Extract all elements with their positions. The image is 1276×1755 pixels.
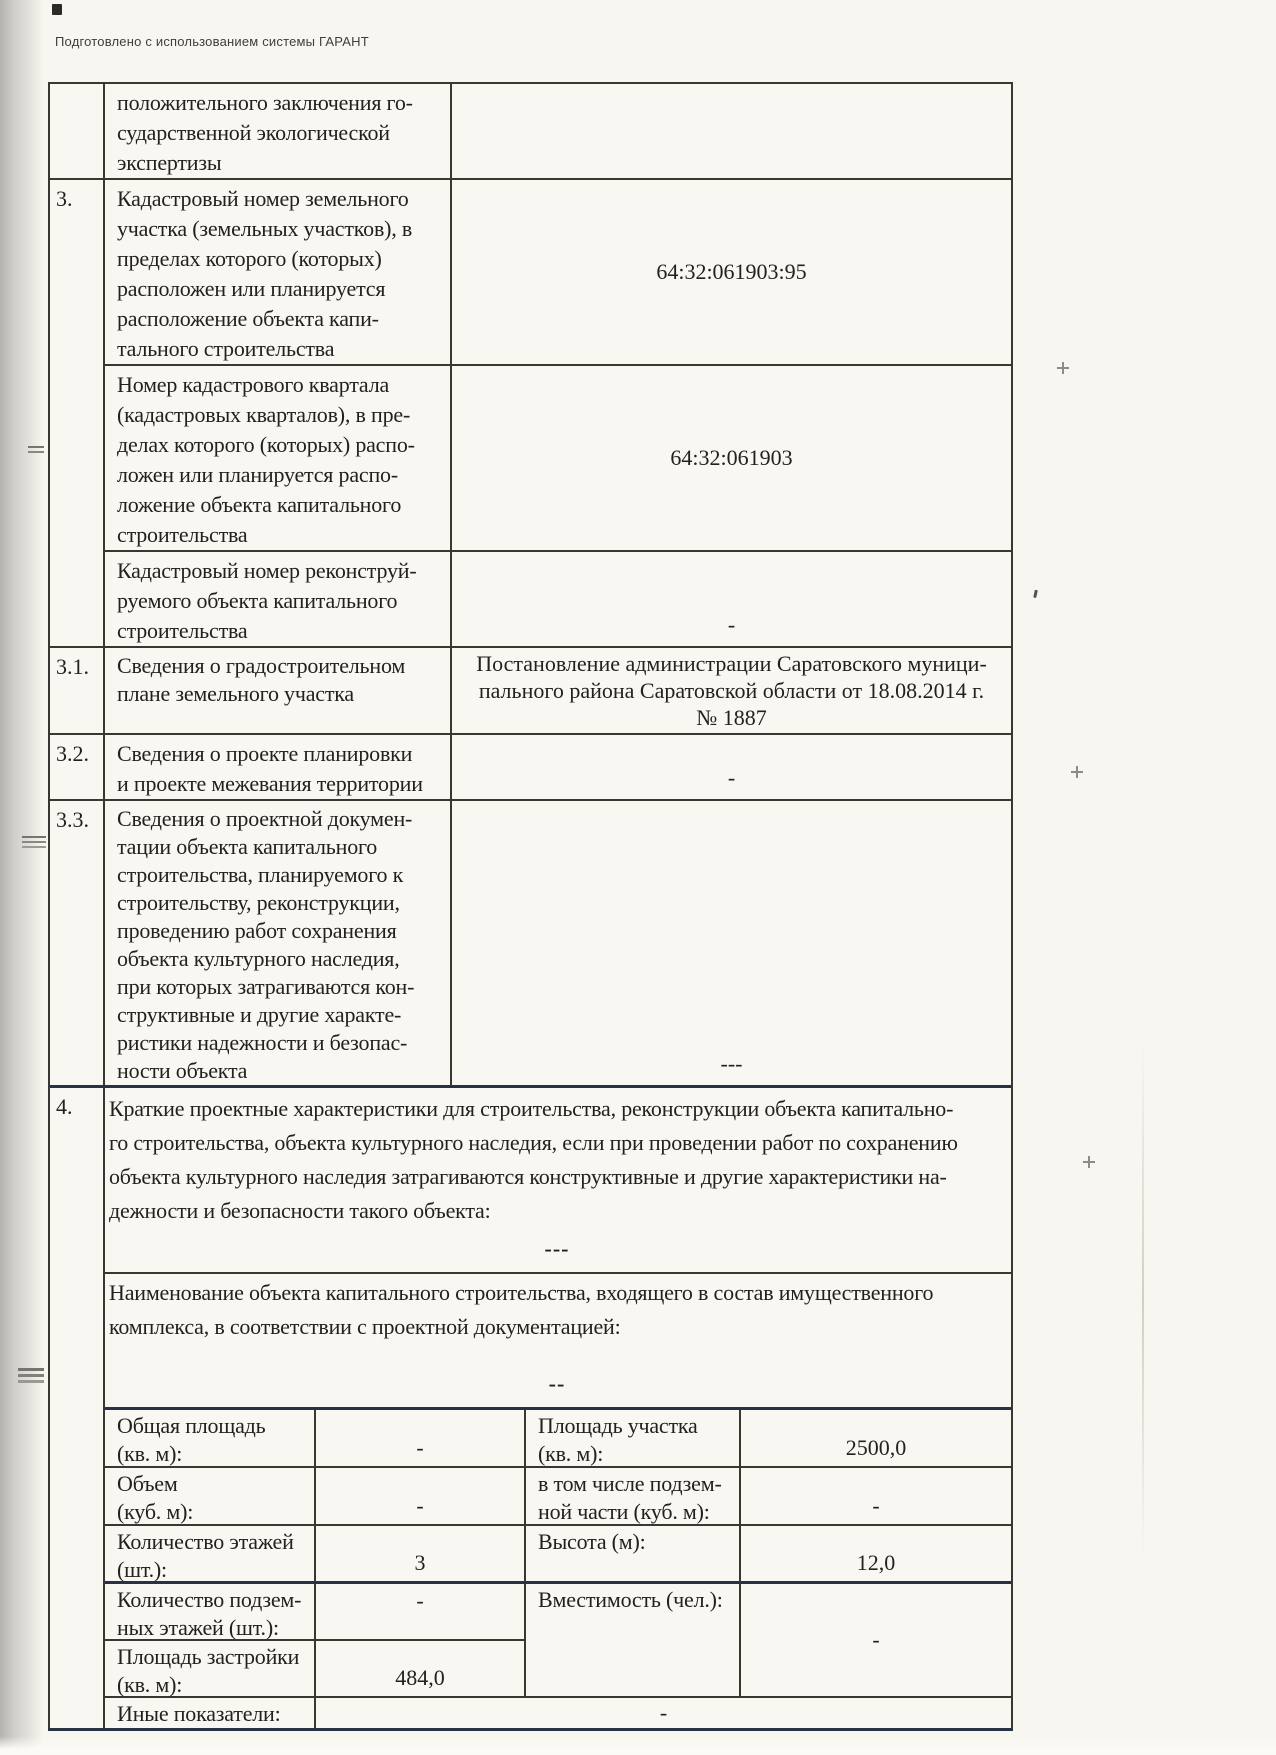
metric-value-underground-volume: - [741,1468,1011,1526]
table-row-3-1: 3.1. Сведения о градостроительном плане … [50,648,1011,735]
row-number: 3.1. [50,648,105,733]
metric-value-footprint-area: 484,0 [316,1641,526,1698]
scan-artifact [18,1368,44,1371]
row-label: Кадастровый номер реконструй- руемого об… [105,552,452,646]
brief-characteristics-text: Краткие проектные характеристики для стр… [109,1092,1005,1228]
metric-label-total-area: Общая площадь (кв. м): [105,1410,316,1468]
metric-label-other-indicators: Иные показатели: [105,1698,316,1728]
metric-label-volume: Объем (куб. м): [105,1468,316,1526]
row-number [50,84,105,178]
metric-label-plot-area: Площадь участка (кв. м): [526,1410,741,1468]
scan-artifact [1033,590,1038,598]
sub-row-reconstruction-number: Кадастровый номер реконструй- руемого об… [105,552,1011,646]
table-row-3: 3. Кадастровый номер земельного участка … [50,180,1011,648]
sub-row-cadastral-parcel: Кадастровый номер земельного участка (зе… [105,180,1011,366]
row-number: 3. [50,180,105,646]
row-value: --- [452,801,1011,1085]
row-label: положительного заключения го- сударствен… [105,84,452,178]
metric-value-total-area: - [316,1410,526,1468]
metric-label-footprint-area: Площадь застройки (кв. м): [105,1641,316,1698]
row-value: 64:32:061903:95 [452,180,1011,364]
metric-value-other-indicators: - [316,1698,1011,1728]
scan-artifact [52,4,62,15]
brief-characteristics-value: --- [109,1232,1005,1266]
row-value [452,84,1011,178]
object-name-cell: Наименование объекта капитального строит… [105,1274,1011,1410]
metric-label-underground-volume: в том числе подзем- ной части (куб. м): [526,1468,741,1526]
object-name-text: Наименование объекта капитального строит… [109,1276,1005,1344]
scan-artifact [1142,1040,1144,1560]
metric-label-capacity: Вместимость (чел.): [526,1584,741,1698]
scan-artifact [1062,362,1064,374]
brief-characteristics-cell: Краткие проектные характеристики для стр… [105,1088,1011,1274]
metric-value-plot-area: 2500,0 [741,1410,1011,1468]
metric-label-height: Высота (м): [526,1526,741,1584]
scan-artifact [22,836,46,838]
scan-artifact [28,446,44,448]
metric-label-floors: Количество этажей (шт.): [105,1526,316,1584]
table-row-3-3: 3.3. Сведения о проектной докумен- тации… [50,801,1011,1088]
metric-value-underground-floors: - [316,1584,526,1641]
row-label: Сведения о проектной докумен- тации объе… [105,801,452,1085]
metric-value-capacity: - [741,1584,1011,1698]
metric-label-underground-floors: Количество подзем- ных этажей (шт.): [105,1584,316,1641]
scan-artifact [1088,1156,1090,1168]
row-label: Сведения о проекте планировки и проекте … [105,735,452,799]
object-name-value: -- [109,1367,1005,1401]
sub-row-cadastral-quarter: Номер кадастрового квартала (кадастровых… [105,366,1011,552]
row-value: Постановление администрации Саратовского… [452,648,1011,733]
table-row-continuation: положительного заключения го- сударствен… [50,84,1011,180]
metric-value-height: 12,0 [741,1526,1011,1584]
row-value: 64:32:061903 [452,366,1011,550]
metrics-grid: Общая площадь (кв. м): - Площадь участка… [105,1410,1011,1728]
table-row-3-2: 3.2. Сведения о проекте планировки и про… [50,735,1011,801]
row-label: Сведения о градостроительном плане земел… [105,648,452,733]
row-value: - [452,735,1011,799]
row-number: 3.3. [50,801,105,1085]
row-number: 4. [50,1088,105,1728]
row-value: - [452,552,1011,646]
garant-watermark: Подготовлено с использованием системы ГА… [55,34,369,49]
row-label: Кадастровый номер земельного участка (зе… [105,180,452,364]
page-edge-shadow [0,0,44,1755]
metric-value-floors: 3 [316,1526,526,1584]
row-number: 3.2. [50,735,105,799]
scan-artifact [1076,766,1078,778]
page-edge-bottom [0,1736,1276,1755]
metric-value-volume: - [316,1468,526,1526]
permit-details-table: положительного заключения го- сударствен… [48,82,1013,1731]
table-row-4: 4. Краткие проектные характеристики для … [50,1088,1011,1728]
row-label: Номер кадастрового квартала (кадастровых… [105,366,452,550]
